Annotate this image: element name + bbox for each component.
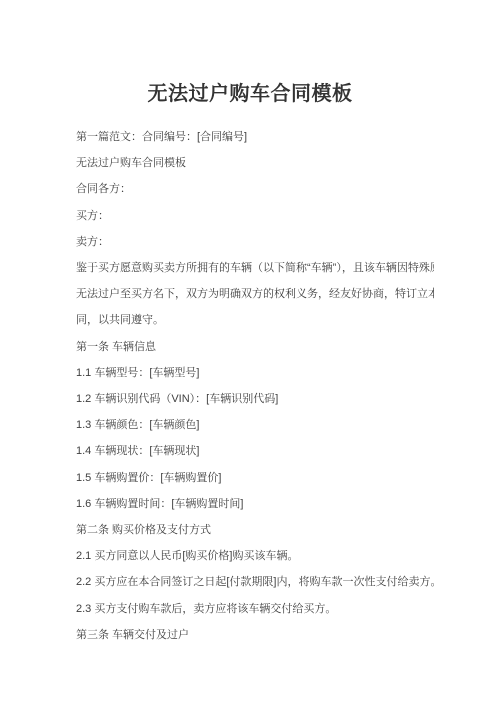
doc-line-article-1-heading: 第一条 车辆信息 — [76, 334, 434, 360]
doc-line-buyer-label: 买方： — [76, 203, 434, 229]
doc-line-clause-1-4: 1.4 车辆现状：[车辆现状] — [76, 438, 434, 464]
doc-line-article-3-heading: 第三条 车辆交付及过户 — [76, 622, 434, 648]
doc-line-preamble-3: 同，以共同遵守。 — [76, 307, 434, 333]
doc-line-contract-number: 第一篇范文：合同编号：[合同编号] — [76, 124, 434, 150]
doc-line-seller-label: 卖方： — [76, 229, 434, 255]
doc-line-clause-1-2: 1.2 车辆识别代码（VIN）：[车辆识别代码] — [76, 386, 434, 412]
doc-line-clause-1-1: 1.1 车辆型号：[车辆型号] — [76, 360, 434, 386]
document-body: 第一篇范文：合同编号：[合同编号] 无法过户购车合同模板 合同各方： 买方： 卖… — [76, 124, 434, 648]
doc-line-parties-label: 合同各方： — [76, 176, 434, 202]
doc-line-subtitle: 无法过户购车合同模板 — [76, 150, 434, 176]
doc-line-clause-2-2: 2.2 买方应在本合同签订之日起[付款期限]内，将购车款一次性支付给卖方。 — [76, 569, 434, 595]
document-page: 无法过户购车合同模板 第一篇范文：合同编号：[合同编号] 无法过户购车合同模板 … — [0, 0, 500, 707]
doc-line-clause-1-3: 1.3 车辆颜色：[车辆颜色] — [76, 412, 434, 438]
doc-line-clause-1-6: 1.6 车辆购置时间：[车辆购置时间] — [76, 491, 434, 517]
doc-line-clause-2-1: 2.1 买方同意以人民币[购买价格]购买该车辆。 — [76, 543, 434, 569]
doc-line-preamble-2: 无法过户至买方名下，双方为明确双方的权利义务，经友好协商，特订立本合 — [76, 281, 434, 307]
doc-line-clause-1-5: 1.5 车辆购置价：[车辆购置价] — [76, 465, 434, 491]
doc-line-preamble-1: 鉴于买方愿意购买卖方所拥有的车辆（以下简称“车辆”），且该车辆因特殊原因 — [76, 255, 434, 281]
doc-line-clause-2-3: 2.3 买方支付购车款后，卖方应将该车辆交付给买方。 — [76, 596, 434, 622]
document-title: 无法过户购车合同模板 — [0, 84, 500, 104]
doc-line-article-2-heading: 第二条 购买价格及支付方式 — [76, 517, 434, 543]
